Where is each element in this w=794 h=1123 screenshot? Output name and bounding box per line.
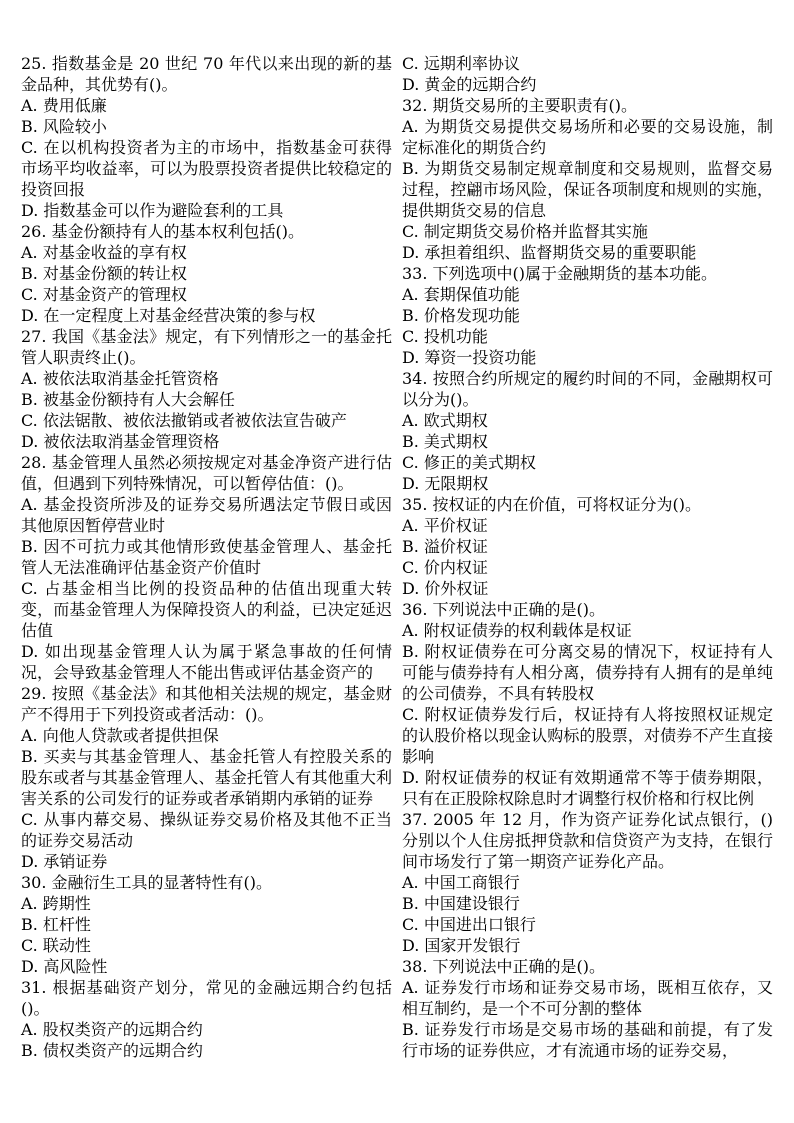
text-block: D. 附权证债券的权证有效期通常不等于债券期限，只有在正股除权除息时才调整行权价…: [402, 767, 773, 809]
text-block: A. 跨期性: [21, 893, 392, 914]
text-block: B. 溢价权证: [402, 536, 773, 557]
text-block: C. 制定期货交易价格并监督其实施: [402, 221, 773, 242]
text-block: D. 指数基金可以作为避险套利的工具: [21, 200, 392, 221]
text-block: A. 股权类资产的远期合约: [21, 1019, 392, 1040]
text-block: C. 在以机构投资者为主的市场中，指数基金可获得市场平均收益率，可以为股票投资者…: [21, 137, 392, 200]
text-block: C. 远期利率协议: [402, 53, 773, 74]
text-block: D. 被依法取消基金管理资格: [21, 431, 392, 452]
text-block: C. 投机功能: [402, 326, 773, 347]
text-block: A. 中国工商银行: [402, 872, 773, 893]
text-block: 32. 期货交易所的主要职责有()。: [402, 95, 773, 116]
text-block: 38. 下列说法中正确的是()。: [402, 956, 773, 977]
text-block: 27. 我国《基金法》规定，有下列情形之一的基金托管人职责终止()。: [21, 326, 392, 368]
text-block: D. 承销证券: [21, 851, 392, 872]
text-block: 29. 按照《基金法》和其他相关法规的规定，基金财产不得用于下列投资或者活动：(…: [21, 683, 392, 725]
text-block: D. 如出现基金管理人认为属于紧急事故的任何情况，会导致基金管理人不能出售或评估…: [21, 641, 392, 683]
text-block: 34. 按照合约所规定的履约时间的不同，金融期权可以分为()。: [402, 368, 773, 410]
text-block: B. 对基金份额的转让权: [21, 263, 392, 284]
text-block: A. 套期保值功能: [402, 284, 773, 305]
text-block: D. 高风险性: [21, 956, 392, 977]
text-block: 36. 下列说法中正确的是()。: [402, 599, 773, 620]
text-block: A. 平价权证: [402, 515, 773, 536]
text-block: A. 为期货交易提供交易场所和必要的交易设施，制定标准化的期货合约: [402, 116, 773, 158]
text-block: B. 中国建设银行: [402, 893, 773, 914]
text-block: D. 价外权证: [402, 578, 773, 599]
text-block: 33. 下列选项中()属于金融期货的基本功能。: [402, 263, 773, 284]
text-block: C. 占基金相当比例的投资品种的估值出现重大转变，而基金管理人为保障投资人的利益…: [21, 578, 392, 641]
text-block: B. 因不可抗力或其他情形致使基金管理人、基金托管人无法准确评估基金资产价值时: [21, 536, 392, 578]
text-block: C. 中国进出口银行: [402, 914, 773, 935]
text-block: A. 向他人贷款或者提供担保: [21, 725, 392, 746]
text-block: 35. 按权证的内在价值，可将权证分为()。: [402, 494, 773, 515]
text-block: D. 承担着组织、监督期货交易的重要职能: [402, 242, 773, 263]
text-block: C. 修正的美式期权: [402, 452, 773, 473]
text-block: C. 联动性: [21, 935, 392, 956]
left-text-column: 25. 指数基金是 20 世纪 70 年代以来出现的新的基金品种，其优势有()。…: [21, 53, 392, 1123]
text-block: C. 对基金资产的管理权: [21, 284, 392, 305]
text-block: 26. 基金份额持有人的基本权利包括()。: [21, 221, 392, 242]
text-block: C. 价内权证: [402, 557, 773, 578]
text-block: D. 在一定程度上对基金经营决策的参与权: [21, 305, 392, 326]
text-block: B. 为期货交易制定规章制度和交易规则，监督交易过程，控翩市场风险，保证各项制度…: [402, 158, 773, 221]
text-block: C. 附权证债券发行后，权证持有人将按照权证规定的认股价格以现金认购标的股票，对…: [402, 704, 773, 767]
text-block: D. 筹资一投资功能: [402, 347, 773, 368]
text-block: 30. 金融衍生工具的显著特性有()。: [21, 872, 392, 893]
text-block: A. 费用低廉: [21, 95, 392, 116]
text-block: B. 杠杆性: [21, 914, 392, 935]
text-block: A. 对基金收益的享有权: [21, 242, 392, 263]
text-block: A. 附权证债券的权利载体是权证: [402, 620, 773, 641]
document-page: 25. 指数基金是 20 世纪 70 年代以来出现的新的基金品种，其优势有()。…: [0, 0, 794, 1123]
text-block: B. 证券发行市场是交易市场的基础和前提，有了发行市场的证券供应，才有流通市场的…: [402, 1019, 773, 1061]
text-block: B. 风险较小: [21, 116, 392, 137]
text-block: 25. 指数基金是 20 世纪 70 年代以来出现的新的基金品种，其优势有()。: [21, 53, 392, 95]
text-block: A. 欧式期权: [402, 410, 773, 431]
text-block: D. 黄金的远期合约: [402, 74, 773, 95]
text-block: 28. 基金管理人虽然必须按规定对基金净资产进行估值，但遇到下列特殊情况，可以暂…: [21, 452, 392, 494]
text-block: D. 无限期权: [402, 473, 773, 494]
text-block: B. 债权类资产的远期合约: [21, 1040, 392, 1061]
text-block: B. 被基金份额持有人大会解任: [21, 389, 392, 410]
right-text-column: C. 远期利率协议D. 黄金的远期合约32. 期货交易所的主要职责有()。A. …: [402, 53, 773, 1123]
text-block: D. 国家开发银行: [402, 935, 773, 956]
text-block: C. 从事内幕交易、操纵证券交易价格及其他不正当的证券交易活动: [21, 809, 392, 851]
text-block: B. 附权证债券在可分离交易的情况下，权证持有人可能与债券持有人相分离，债券持有…: [402, 641, 773, 704]
text-block: B. 价格发现功能: [402, 305, 773, 326]
text-block: B. 买卖与其基金管理人、基金托管人有控股关系的股东或者与其基金管理人、基金托管…: [21, 746, 392, 809]
text-block: A. 证券发行市场和证券交易市场，既相互依存，又相互制约，是一个不可分割的整体: [402, 977, 773, 1019]
text-block: A. 被依法取消基金托管资格: [21, 368, 392, 389]
text-block: 31. 根据基础资产划分，常见的金融远期合约包括()。: [21, 977, 392, 1019]
text-block: 37. 2005 年 12 月，作为资产证券化试点银行，()分别以个人住房抵押贷…: [402, 809, 773, 872]
text-block: A. 基金投资所涉及的证券交易所遇法定节假日或因其他原因暂停营业时: [21, 494, 392, 536]
text-block: B. 美式期权: [402, 431, 773, 452]
text-block: C. 依法锯散、被依法撤销或者被依法宣告破产: [21, 410, 392, 431]
